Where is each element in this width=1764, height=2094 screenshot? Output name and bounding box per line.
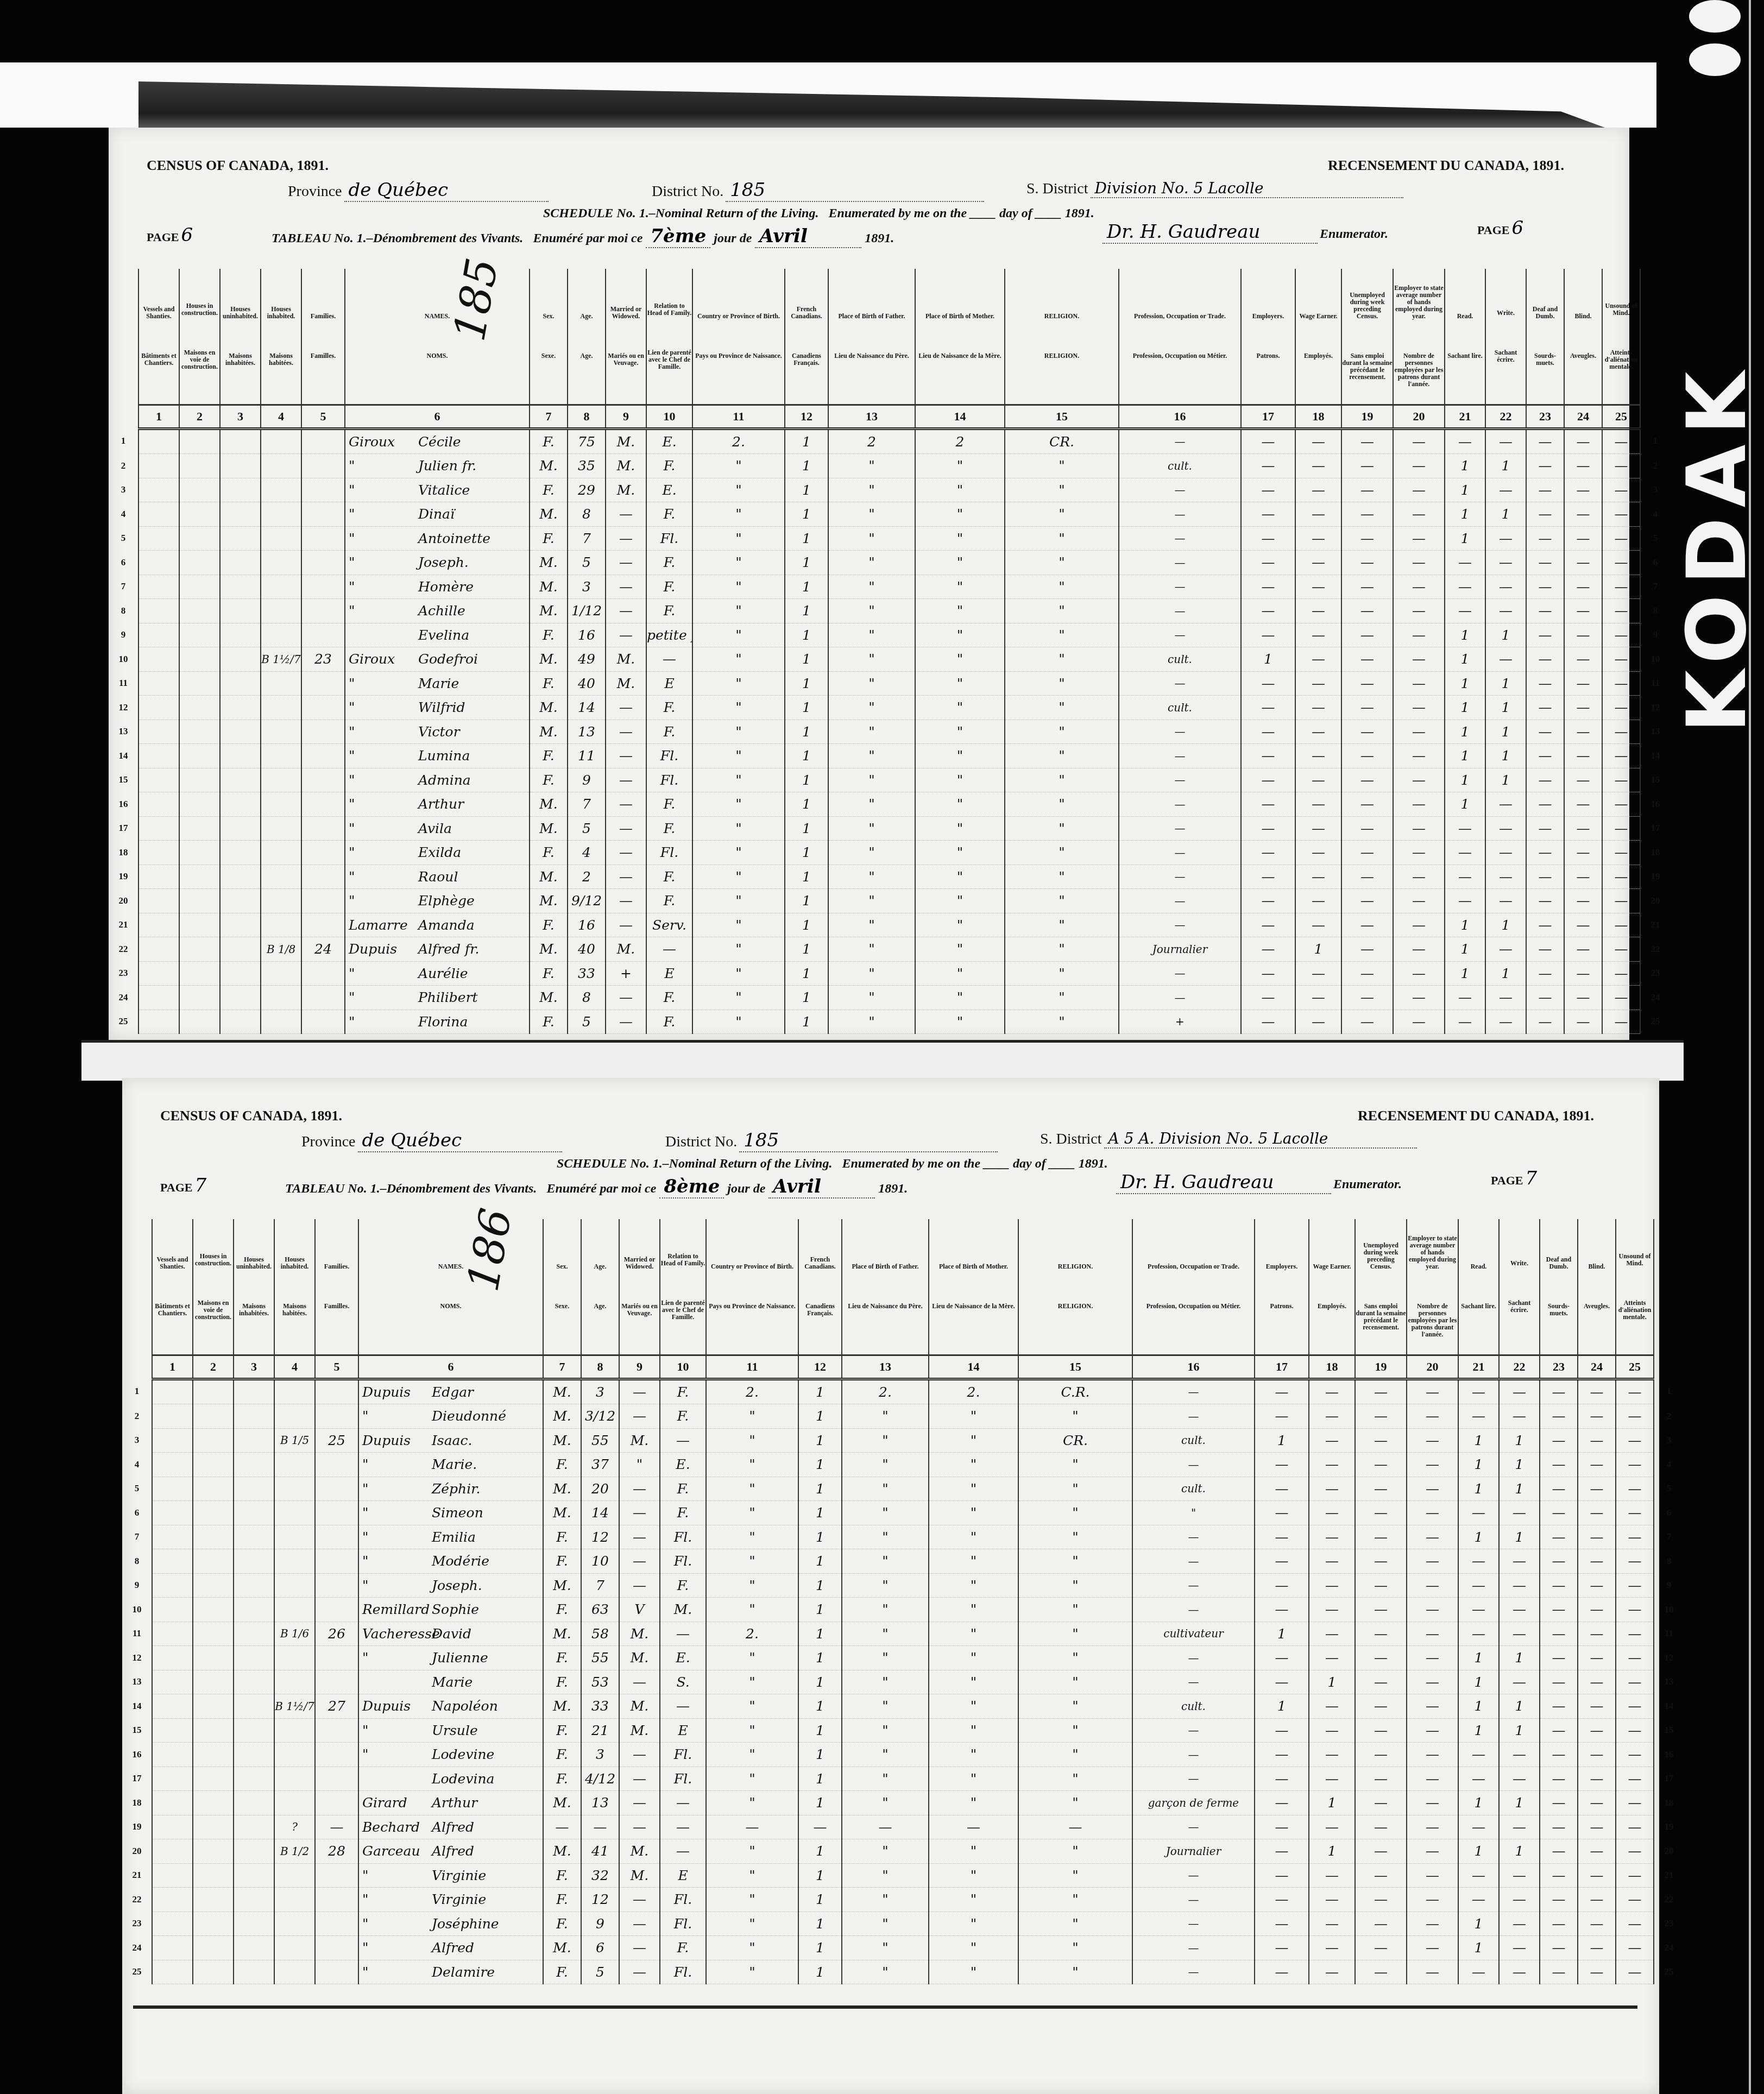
cell-c17: — — [1255, 1743, 1309, 1767]
cell-age: 40 — [568, 937, 606, 962]
cell-occ: — — [1119, 526, 1241, 551]
cell-c17: — — [1255, 1477, 1309, 1501]
cell-c19: — — [1355, 1960, 1407, 1984]
cell-c19: — — [1355, 1501, 1407, 1525]
row-number-right: 15 — [1654, 1718, 1684, 1743]
cell-rel_g: " — [1005, 502, 1119, 527]
cell-c23: — — [1526, 913, 1564, 937]
row-number: 15 — [109, 768, 138, 792]
cell-c21: 1 — [1445, 454, 1485, 478]
cell-age: 55 — [581, 1646, 619, 1670]
table-row: 9 EvelinaF.16—petite f."1"""—————11———9 — [109, 623, 1670, 647]
cell-occ: cult. — [1132, 1477, 1255, 1501]
cell-c22: — — [1499, 1549, 1540, 1574]
cell-c23: — — [1540, 1525, 1578, 1549]
cell-c19: — — [1341, 575, 1393, 599]
sub-district-label: S. District — [1040, 1131, 1102, 1147]
schedule-en: SCHEDULE No. 1.–Nominal Return of the Li… — [557, 1157, 1108, 1171]
given-name: Marie — [418, 676, 459, 691]
cell-c3 — [234, 1598, 274, 1622]
cell-c4: B 1/5 — [274, 1428, 315, 1453]
cell-c5 — [315, 1863, 358, 1888]
cell-age: 37 — [581, 1453, 619, 1477]
cell-rel: F. — [660, 1379, 706, 1404]
table-row: 20B 1/228 Garceau AlfredM.41M.—"1"""Jour… — [122, 1839, 1684, 1864]
cell-mb: " — [929, 1743, 1018, 1767]
name-cell: Remillard Sophie — [358, 1598, 543, 1622]
column-header-2: Houses in construction. Maisons en voie … — [193, 1219, 234, 1355]
cell-c23: — — [1526, 478, 1564, 502]
cell-fb: " — [842, 1791, 929, 1815]
cell-c17: — — [1255, 1379, 1309, 1404]
census-title-en: CENSUS OF CANADA, 1891. — [160, 1108, 342, 1124]
cell-rel: E — [660, 1718, 706, 1743]
cell-c3 — [220, 502, 261, 527]
cell-fc: 1 — [798, 1718, 842, 1743]
cell-c17: — — [1241, 428, 1295, 454]
jour-de-label: jour de — [727, 1182, 765, 1196]
table-row: 1 Dupuis EdgarM.3—F.2.12.2.C.R.—————————… — [122, 1379, 1684, 1404]
cell-age: 8 — [568, 986, 606, 1010]
schedule-en: SCHEDULE No. 1.–Nominal Return of the Li… — [543, 206, 1094, 221]
surname: Dupuis — [362, 1384, 427, 1400]
column-number: 13 — [828, 405, 915, 428]
cell-c23: — — [1526, 696, 1564, 720]
column-number: 25 — [1602, 405, 1640, 428]
cell-c23: — — [1526, 526, 1564, 551]
column-number: 22 — [1499, 1355, 1540, 1379]
cell-occ: cult. — [1119, 454, 1241, 478]
column-header-en: Country or Province of Birth. — [707, 1263, 798, 1270]
cell-sex: F. — [530, 961, 568, 986]
column-header-fr: Sachant lire. — [1459, 1303, 1498, 1310]
cell-sex: M. — [543, 1379, 581, 1404]
cell-c2 — [193, 1718, 234, 1743]
cell-fc: 1 — [785, 599, 828, 623]
surname: Dupuis — [349, 941, 414, 957]
column-header-en: Deaf and Dumb. — [1527, 306, 1564, 320]
cell-c5 — [315, 1936, 358, 1960]
cell-c4 — [274, 1525, 315, 1549]
cell-occ: — — [1119, 865, 1241, 889]
cell-c21: 1 — [1458, 1453, 1499, 1477]
cell-c24: — — [1564, 986, 1602, 1010]
table-row: 25 " DelamireF.5—Fl."1"""——————————25 — [122, 1960, 1684, 1984]
cell-c22: — — [1485, 865, 1526, 889]
cell-mar: — — [619, 1888, 660, 1912]
given-name: Florina — [418, 1014, 468, 1030]
column-number: 7 — [543, 1355, 581, 1379]
cell-occ: cult. — [1119, 696, 1241, 720]
column-header-en: Place of Birth of Father. — [829, 313, 915, 320]
cell-c1 — [138, 502, 179, 527]
cell-c2 — [179, 913, 220, 937]
cell-c2 — [179, 1010, 220, 1034]
column-header-fr: Lieu de Naissance de la Mère. — [929, 1303, 1018, 1310]
column-number: 8 — [581, 1355, 619, 1379]
cell-c2 — [193, 1428, 234, 1453]
schedule-fr: TABLEAU No. 1.–Dénombrement des Vivants.… — [285, 1176, 908, 1199]
cell-c21: — — [1458, 1598, 1499, 1622]
cell-c23: — — [1526, 841, 1564, 865]
column-header-fr: Pays ou Province de Naissance. — [693, 352, 784, 359]
cell-fb: " — [842, 1622, 929, 1646]
cell-sex: F. — [543, 1525, 581, 1549]
surname: " — [349, 579, 414, 595]
cell-c21: 1 — [1458, 1670, 1499, 1694]
cell-c5 — [301, 623, 345, 647]
surname: " — [349, 482, 414, 498]
row-number: 21 — [109, 913, 138, 937]
name-cell: " Delamire — [358, 1960, 543, 1984]
cell-c24: — — [1564, 599, 1602, 623]
row-number: 10 — [109, 647, 138, 672]
district-field: District No. 185 — [652, 179, 984, 202]
cell-birth: 2. — [692, 428, 785, 454]
province-field: Province de Québec — [288, 179, 549, 202]
row-number-right: 1 — [1640, 428, 1670, 454]
column-number: 25 — [1616, 1355, 1654, 1379]
cell-mb: " — [929, 1428, 1018, 1453]
cell-fb: " — [828, 913, 915, 937]
cell-mar: — — [619, 1767, 660, 1791]
cell-c22: 1 — [1499, 1718, 1540, 1743]
column-number: 21 — [1445, 405, 1485, 428]
cell-mb: " — [915, 816, 1005, 841]
cell-c3 — [220, 768, 261, 792]
cell-rel_g: " — [1005, 526, 1119, 551]
cell-birth: " — [706, 1743, 798, 1767]
cell-c20: — — [1393, 913, 1445, 937]
cell-fc: 1 — [798, 1501, 842, 1525]
cell-mb: " — [915, 841, 1005, 865]
surname: " — [349, 554, 414, 570]
cell-occ: — — [1119, 961, 1241, 986]
cell-age: 9/12 — [568, 889, 606, 913]
cell-c20: — — [1407, 1622, 1458, 1646]
column-header-8: Age. Age. — [581, 1219, 619, 1355]
cell-birth: " — [706, 1453, 798, 1477]
cell-c21: 1 — [1445, 502, 1485, 527]
cell-c20: — — [1407, 1718, 1458, 1743]
surname: " — [349, 724, 414, 740]
table-row: 22 " VirginieF.12—Fl."1"""——————————22 — [122, 1888, 1684, 1912]
cell-c20: — — [1393, 792, 1445, 817]
cell-c21: 1 — [1458, 1646, 1499, 1670]
surname: Dupuis — [362, 1698, 427, 1714]
cell-c3 — [220, 647, 261, 672]
row-number: 6 — [109, 551, 138, 575]
cell-fb: " — [828, 768, 915, 792]
cell-birth: " — [692, 792, 785, 817]
cell-c5 — [301, 961, 345, 986]
cell-c24: — — [1578, 1477, 1616, 1501]
cell-fc: 1 — [785, 696, 828, 720]
row-number-right: 21 — [1654, 1863, 1684, 1888]
cell-age: 7 — [568, 526, 606, 551]
cell-rel: — — [660, 1428, 706, 1453]
surname: " — [349, 821, 414, 836]
name-cell: Dupuis Isaac. — [358, 1428, 543, 1453]
row-number: 4 — [122, 1453, 152, 1477]
cell-mb: " — [929, 1453, 1018, 1477]
cell-c20: — — [1393, 526, 1445, 551]
cell-birth: " — [692, 502, 785, 527]
cell-fc: 1 — [785, 841, 828, 865]
cell-c4 — [261, 551, 301, 575]
table-row: 15 " UrsuleF.21M.E"1"""—————11———15 — [122, 1718, 1684, 1743]
cell-fc: 1 — [785, 792, 828, 817]
cell-c22: 1 — [1485, 502, 1526, 527]
cell-mb: " — [929, 1839, 1018, 1864]
cell-c17: — — [1241, 841, 1295, 865]
column-number: 3 — [234, 1355, 274, 1379]
cell-c23: — — [1540, 1622, 1578, 1646]
row-number: 7 — [109, 575, 138, 599]
cell-c20: — — [1407, 1670, 1458, 1694]
cell-c19: — — [1341, 599, 1393, 623]
column-header-fr: Sans emploi durant la semaine précédant … — [1356, 1303, 1406, 1331]
cell-mar: M. — [619, 1646, 660, 1670]
cell-c21: — — [1458, 1404, 1499, 1429]
cell-c5 — [315, 1646, 358, 1670]
row-number-right: 7 — [1654, 1525, 1684, 1549]
column-header-fr: Maisons habitées. — [275, 1303, 314, 1317]
cell-birth: " — [706, 1791, 798, 1815]
cell-mb: — — [929, 1815, 1018, 1839]
cell-sex: M. — [530, 792, 568, 817]
row-number: 23 — [122, 1912, 152, 1936]
cell-c20: — — [1393, 551, 1445, 575]
column-header-25: Unsound of Mind. Atteints d'aliénation m… — [1616, 1219, 1654, 1355]
given-name: Dinaï — [418, 506, 455, 522]
cell-occ: — — [1132, 1936, 1255, 1960]
cell-c24: — — [1578, 1888, 1616, 1912]
cell-c21: 1 — [1445, 768, 1485, 792]
row-number-right: 21 — [1640, 913, 1670, 937]
column-header-en: Place of Birth of Father. — [842, 1263, 928, 1270]
cell-c1 — [152, 1694, 193, 1719]
cell-c18: — — [1295, 841, 1341, 865]
cell-rel_g: " — [1005, 768, 1119, 792]
cell-c20: — — [1407, 1839, 1458, 1864]
column-number: 10 — [646, 405, 692, 428]
cell-c3 — [234, 1428, 274, 1453]
cell-sex: F. — [543, 1767, 581, 1791]
cell-c18: — — [1295, 575, 1341, 599]
column-header-en: Married or Widowed. — [606, 306, 646, 320]
cell-c22: 1 — [1485, 768, 1526, 792]
cell-mar: — — [606, 526, 646, 551]
column-header-19: Unemployed during week preceding Census.… — [1355, 1219, 1407, 1355]
column-header-fr: Patrons. — [1255, 1303, 1308, 1310]
column-header-en: Unemployed during week preceding Census. — [1342, 292, 1393, 320]
cell-c3 — [234, 1743, 274, 1767]
column-header-en: Vessels and Shanties. — [153, 1256, 192, 1270]
cell-rel_g: " — [1018, 1453, 1132, 1477]
cell-c17: — — [1241, 671, 1295, 696]
cell-c22: — — [1485, 986, 1526, 1010]
given-name: Admina — [418, 772, 471, 788]
name-cell: " Julien fr. — [345, 454, 530, 478]
cell-sex: M. — [543, 1477, 581, 1501]
cell-c22: — — [1485, 526, 1526, 551]
name-cell: " Marie — [345, 671, 530, 696]
cell-c4 — [261, 720, 301, 744]
cell-c17: — — [1255, 1815, 1309, 1839]
cell-c5 — [301, 478, 345, 502]
cell-rel: — — [660, 1694, 706, 1719]
cell-birth: 2. — [706, 1622, 798, 1646]
cell-rel_g: " — [1005, 1010, 1119, 1034]
cell-rel_g: " — [1018, 1960, 1132, 1984]
cell-c19: — — [1341, 744, 1393, 768]
column-header-en: Employers. — [1255, 1263, 1308, 1270]
cell-age: 29 — [568, 478, 606, 502]
cell-c1 — [152, 1815, 193, 1839]
cell-c17: — — [1255, 1767, 1309, 1791]
cell-c4 — [274, 1453, 315, 1477]
cell-mb: " — [929, 1670, 1018, 1694]
cell-c21: — — [1445, 1010, 1485, 1034]
cell-age: 4/12 — [581, 1767, 619, 1791]
cell-birth: " — [692, 623, 785, 647]
row-number: 25 — [122, 1960, 152, 1984]
column-header-10: Relation to Head of Family. Lien de pare… — [660, 1219, 706, 1355]
table-row: 18 " ExildaF.4—Fl."1"""——————————18 — [109, 841, 1670, 865]
cell-c20: — — [1407, 1404, 1458, 1429]
cell-c4 — [261, 623, 301, 647]
name-cell: Lamarre Amanda — [345, 913, 530, 937]
cell-rel_g: " — [1018, 1549, 1132, 1574]
column-header-20: Employer to state average number of hand… — [1407, 1219, 1458, 1355]
column-header-en: Sex. — [530, 313, 567, 320]
column-number: 4 — [261, 405, 301, 428]
cell-c18: — — [1295, 720, 1341, 744]
cell-fb: " — [828, 961, 915, 986]
row-number: 17 — [122, 1767, 152, 1791]
cell-c19: — — [1355, 1791, 1407, 1815]
name-cell: " Vitalice — [345, 478, 530, 502]
cell-fb: " — [828, 478, 915, 502]
column-header-23: Deaf and Dumb. Sourds-muets. — [1540, 1219, 1578, 1355]
name-cell: " Raoul — [345, 865, 530, 889]
surname: " — [349, 531, 414, 546]
cell-fc: 1 — [798, 1428, 842, 1453]
table-row: 2 " Julien fr.M.35M.F."1"""cult.————11——… — [109, 454, 1670, 478]
cell-rel: S. — [660, 1670, 706, 1694]
cell-age: 55 — [581, 1428, 619, 1453]
cell-c19: — — [1341, 1010, 1393, 1034]
cell-c2 — [179, 647, 220, 672]
given-name: Marie. — [432, 1456, 477, 1472]
cell-c4 — [274, 1670, 315, 1694]
district-label: District No. — [665, 1133, 737, 1150]
cell-c21: — — [1445, 428, 1485, 454]
cell-c23: — — [1540, 1404, 1578, 1429]
cell-c23: — — [1540, 1453, 1578, 1477]
surname: " — [349, 458, 414, 474]
table-row: 19?— Bechard Alfred———————————————————19 — [122, 1815, 1684, 1839]
cell-birth: " — [706, 1670, 798, 1694]
column-header-16: Profession, Occupation or Trade. Profess… — [1119, 269, 1241, 405]
cell-c21: — — [1445, 889, 1485, 913]
cell-c24: — — [1564, 696, 1602, 720]
table-row: 5 " AntoinetteF.7—Fl."1"""—————1————5 — [109, 526, 1670, 551]
column-header-8: Age. Age. — [568, 269, 606, 405]
row-number-right: 23 — [1654, 1912, 1684, 1936]
name-cell: " Simeon — [358, 1501, 543, 1525]
cell-c4 — [261, 502, 301, 527]
cell-rel: E — [646, 961, 692, 986]
enumeration-day: 8ème — [659, 1176, 724, 1199]
cell-c1 — [138, 744, 179, 768]
cell-fb: 2 — [828, 428, 915, 454]
cell-c5: 27 — [315, 1694, 358, 1719]
table-row: 9 " Joseph.M.7—F."1"""——————————9 — [122, 1573, 1684, 1598]
cell-c20: — — [1407, 1573, 1458, 1598]
census-title-en: CENSUS OF CANADA, 1891. — [147, 157, 329, 174]
given-name: Joseph. — [418, 554, 469, 570]
cell-c19: — — [1355, 1404, 1407, 1429]
cell-c18: — — [1295, 502, 1341, 527]
cell-fb: " — [842, 1453, 929, 1477]
cell-c18: — — [1309, 1694, 1355, 1719]
surname: " — [362, 1481, 427, 1497]
cell-c3 — [220, 454, 261, 478]
cell-mar: — — [606, 986, 646, 1010]
cell-rel_g: " — [1005, 841, 1119, 865]
cell-c21: 1 — [1458, 1428, 1499, 1453]
cell-c19: — — [1341, 792, 1393, 817]
cell-c1 — [138, 647, 179, 672]
cell-sex: F. — [530, 623, 568, 647]
column-header-21: Read. Sachant lire. — [1458, 1219, 1499, 1355]
cell-c21: 1 — [1458, 1694, 1499, 1719]
cell-occ: — — [1132, 1646, 1255, 1670]
district-field: District No. 185 — [665, 1130, 998, 1152]
cell-fc: 1 — [798, 1525, 842, 1549]
cell-c23: — — [1526, 889, 1564, 913]
cell-c4 — [274, 1646, 315, 1670]
cell-sex: M. — [530, 937, 568, 962]
cell-c22: 1 — [1499, 1646, 1540, 1670]
cell-mb: " — [915, 526, 1005, 551]
cell-sex: M. — [530, 599, 568, 623]
cell-c4 — [274, 1404, 315, 1429]
name-cell: " Alfred — [358, 1936, 543, 1960]
cell-c17: — — [1255, 1960, 1309, 1984]
cell-occ: — — [1119, 986, 1241, 1010]
cell-rel_g: " — [1005, 671, 1119, 696]
cell-c3 — [220, 526, 261, 551]
given-name: Avila — [418, 821, 452, 836]
cell-fc: 1 — [785, 526, 828, 551]
column-header-9: Married or Widowed. Mariés ou en Veuvage… — [606, 269, 646, 405]
cell-c3 — [234, 1718, 274, 1743]
province-label: Province — [301, 1133, 356, 1150]
cell-c23: — — [1540, 1743, 1578, 1767]
given-name: Joséphine — [432, 1916, 499, 1932]
cell-age: 6 — [581, 1936, 619, 1960]
table-row: 4 " Marie.F.37"E."1"""—————11———4 — [122, 1453, 1684, 1477]
cell-mb: " — [915, 454, 1005, 478]
cell-c25: — — [1616, 1573, 1654, 1598]
cell-c18: — — [1295, 961, 1341, 986]
surname: " — [362, 1408, 427, 1424]
column-header-en: Houses uninhabited. — [220, 306, 260, 320]
cell-c2 — [193, 1694, 234, 1719]
